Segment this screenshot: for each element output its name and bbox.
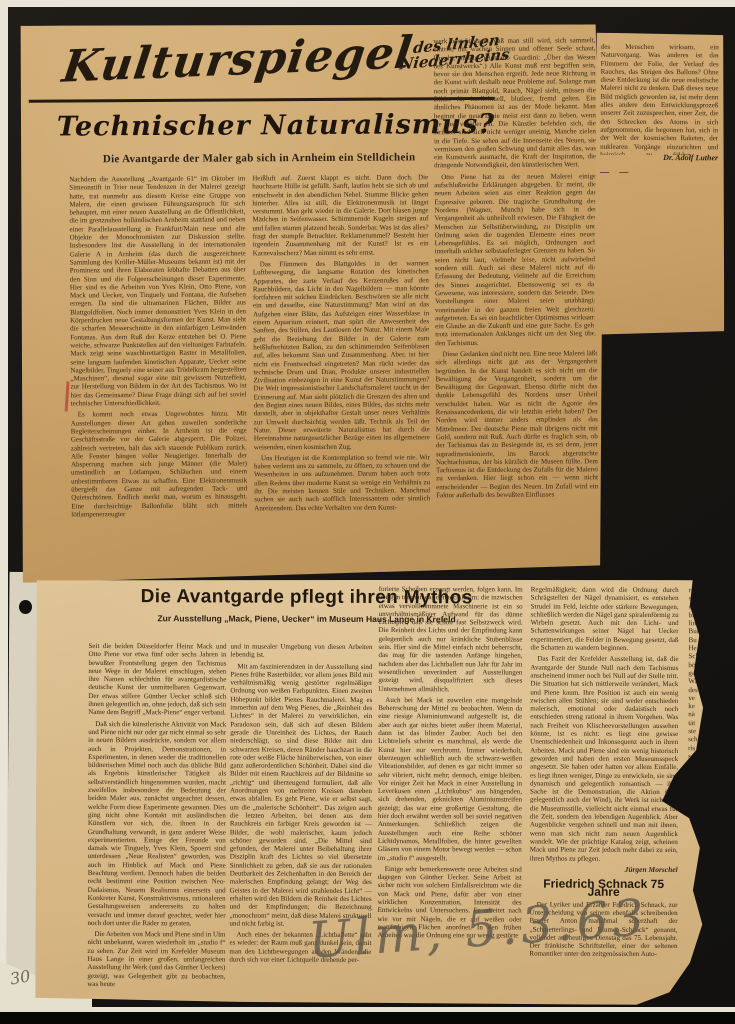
paragraph: Diese Gedanken sind nicht neu. Eine neue…	[435, 349, 598, 499]
article2-byline: Jürgen Morschel	[530, 865, 678, 874]
paragraph: und in musealer Umgebung von diesen Arbe…	[230, 642, 372, 659]
paragraph: Mit am faszinierendsten in der Ausstellu…	[230, 662, 373, 928]
paragraph: Nachdem die Ausstellung „Avantgarde 61“ …	[69, 174, 246, 407]
article1-byline: Dr. Adolf Luther	[600, 153, 718, 163]
article1-column-4: des Menschen wirksam, ein Naturvorgang. …	[600, 43, 719, 156]
punch-hole-bottom	[19, 600, 32, 614]
paragraph: des Menschen wirksam, ein Naturvorgang. …	[600, 43, 719, 156]
paragraph: Regelmäßigkeit; dann wird die Ordnung du…	[530, 586, 678, 653]
red-pencil-mark	[65, 381, 70, 411]
masthead-script-title: Kulturspiegel	[59, 27, 416, 93]
newspaper-clipping-strip: des Menschen wirksam, ein Naturvorgang. …	[593, 33, 726, 336]
article1-end-divider: — —	[600, 167, 680, 177]
article1-column-2: Heißluft auf. Zuerst klappt es nicht. Da…	[252, 173, 430, 576]
paragraph: Das Fazit der Krefelder Ausstellung ist,…	[530, 655, 679, 863]
paragraph: Es kommt noch etwas Ungewohntes hinzu. M…	[71, 410, 248, 519]
page-number: 30	[9, 966, 32, 988]
masthead-rule	[29, 97, 495, 103]
article1-subtitle: Die Avantgarde der Maler gab sich in Arn…	[57, 151, 461, 165]
paragraph: Otto Piene hat zu der neuen Malerei eini…	[434, 172, 597, 347]
paragraph: Seit die beiden Düsseldorfer Heinz Mack …	[88, 642, 226, 717]
photo-edge-bottom	[0, 1012, 735, 1024]
article1-column-1: Nachdem die Ausstellung „Avantgarde 61“ …	[69, 174, 247, 577]
paragraph: Heißluft auf. Zuerst klappt es nicht. Da…	[252, 173, 429, 257]
paragraph: Das Flimmern des Blattgoldes in der warm…	[253, 259, 430, 451]
article2-column-1: Seit die beiden Düsseldorfer Heinz Mack …	[87, 642, 226, 988]
paragraph: werk besteht darin, daß man still wird, …	[433, 36, 596, 170]
paragraph: forierte Scheiben erzeugt werden, folgen…	[378, 585, 522, 693]
article1-column-3: werk besteht darin, daß man still wird, …	[433, 36, 598, 571]
paragraph: Die Arbeiten von Mack und Piene sind in …	[87, 930, 225, 988]
article1-headline: Technischer Naturalismus?	[57, 109, 461, 142]
paragraph: Daß sich die künstlerische Aktivität von…	[88, 720, 227, 928]
paragraph: Auch bei Mack ist zuweilen eine mangelnd…	[378, 696, 523, 862]
paragraph: Uns Heutigen ist die Kontemplation so fr…	[254, 453, 430, 512]
newspaper-clipping-technischer-naturalismus: Kulturspiegel des linken Niederrheins Te…	[18, 22, 603, 583]
underlying-page-edge	[6, 572, 39, 1008]
